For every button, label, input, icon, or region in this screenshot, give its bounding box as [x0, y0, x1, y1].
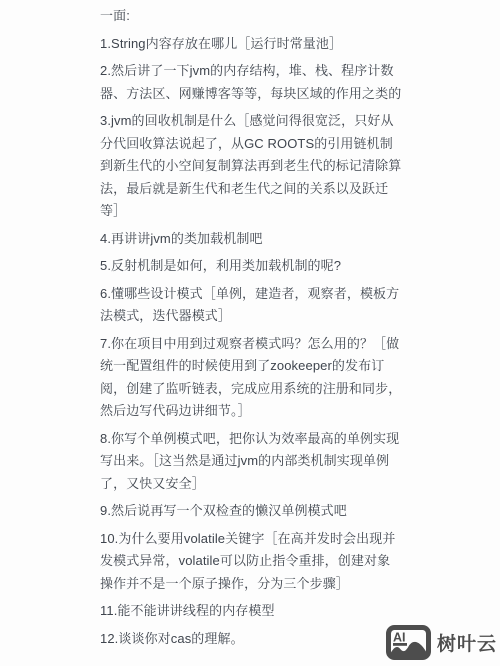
question-item-7: 7.你在项目中用到过观察者模式吗？怎么用的？［做统一配置组件的时候使用到了zoo… — [100, 333, 402, 423]
question-item-10: 10.为什么要用volatile关键字［在高并发时会出现并发模式异常，volat… — [100, 528, 402, 596]
section-title: 一面: — [100, 5, 402, 28]
question-item-12: 12.谈谈你对cas的理解。 — [100, 628, 402, 651]
question-item-1: 1.String内容存放在哪儿［运行时常量池］ — [100, 33, 402, 56]
question-item-4: 4.再讲讲jvm的类加载机制吧 — [100, 228, 402, 251]
question-item-5: 5.反射机制是如何，利用类加载机制的呢? — [100, 255, 402, 278]
interview-notes-page: 一面: 1.String内容存放在哪儿［运行时常量池］ 2.然后讲了一下jvm的… — [0, 0, 500, 650]
watermark: AI 树叶云 — [386, 625, 497, 660]
logo-ai-text: AI — [393, 631, 406, 645]
ai-photo-logo-icon: AI — [386, 625, 431, 660]
question-item-8: 8.你写个单例模式吧，把你认为效率最高的单例实现写出来。［这当然是通过jvm的内… — [100, 428, 402, 496]
logo-underline — [393, 643, 407, 646]
question-item-3: 3.jvm的回收机制是什么［感觉问得很宽泛，只好从分代回收算法说起了，从GC R… — [100, 110, 402, 223]
question-item-6: 6.懂哪些设计模式［单例，建造者，观察者，模板方法模式，迭代器模式］ — [100, 283, 402, 328]
question-list: 一面: 1.String内容存放在哪儿［运行时常量池］ 2.然后讲了一下jvm的… — [100, 0, 402, 650]
question-item-11: 11.能不能讲讲线程的内存模型 — [100, 600, 402, 623]
question-item-2: 2.然后讲了一下jvm的内存结构，堆、栈、程序计数器、方法区、网赚博客等等，每块… — [100, 60, 402, 105]
watermark-brand: 树叶云 — [437, 629, 497, 656]
question-item-9: 9.然后说再写一个双检查的懒汉单例模式吧 — [100, 500, 402, 523]
